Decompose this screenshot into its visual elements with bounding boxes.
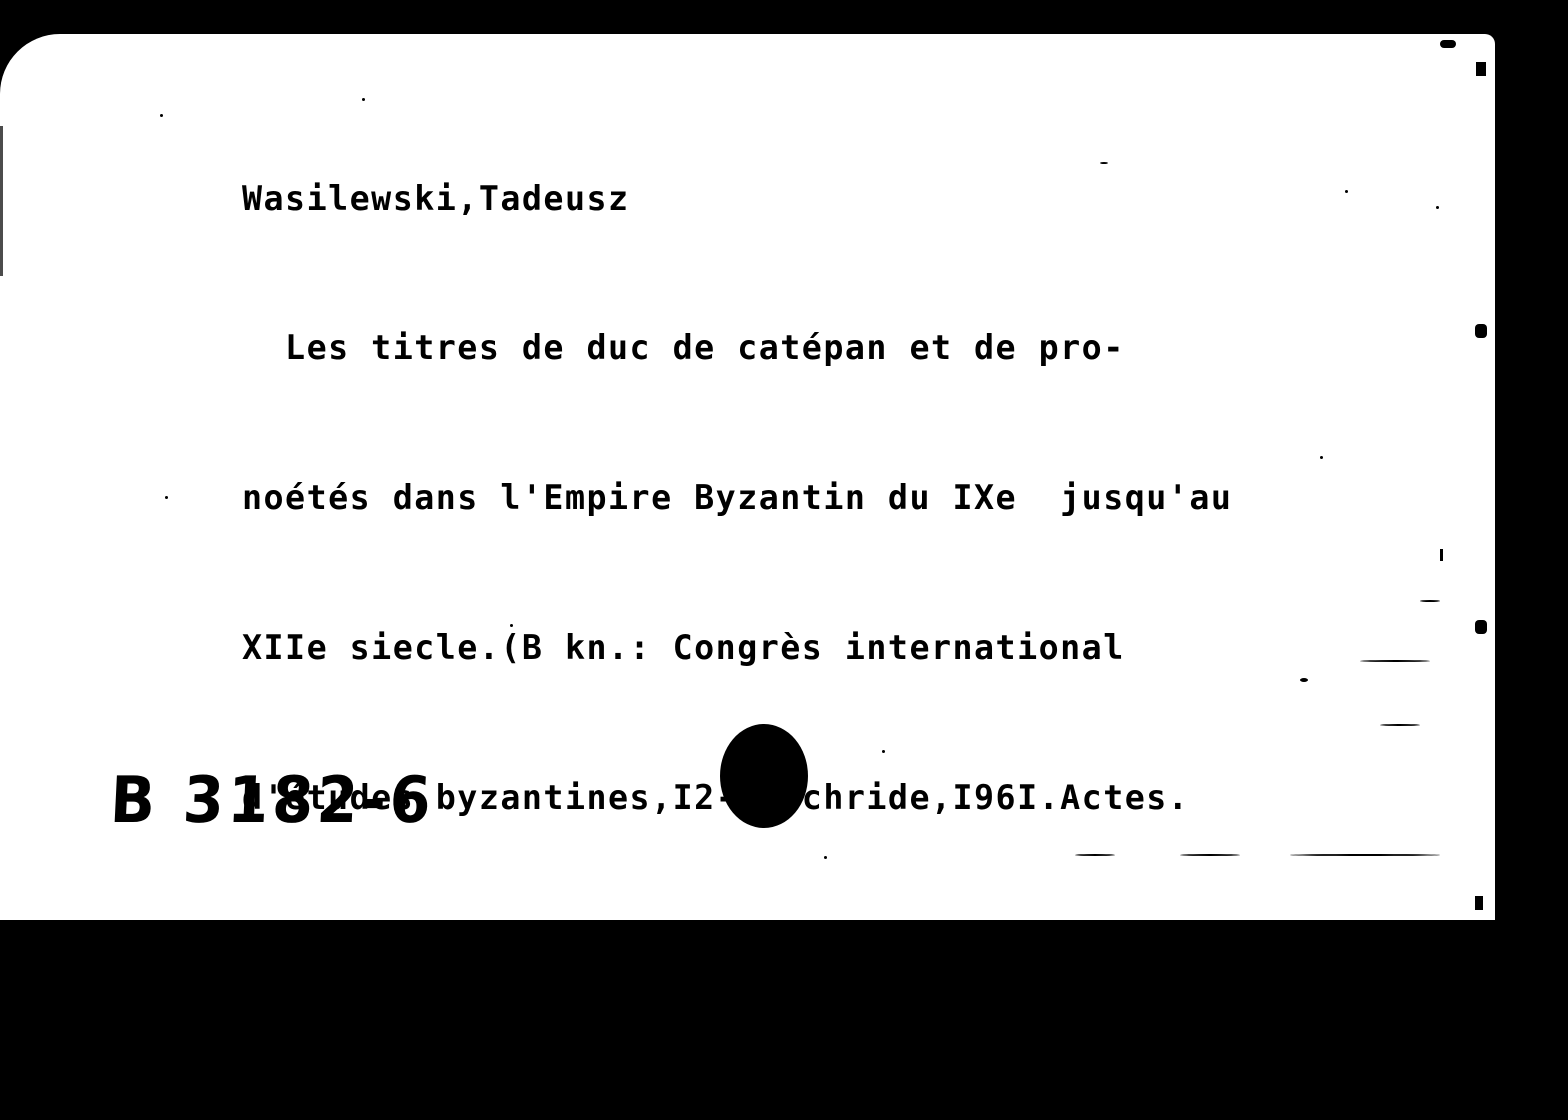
punch-hole-icon (720, 724, 808, 828)
scan-speck (1100, 162, 1108, 164)
scan-speck (1380, 724, 1420, 726)
edge-mark (1475, 324, 1487, 338)
scan-speck (165, 496, 168, 499)
scan-speck (1320, 456, 1323, 459)
scan-speck (824, 856, 827, 859)
scan-speck (882, 750, 885, 753)
card-author: Wasilewski,Tadeusz (242, 174, 630, 224)
entry-line: Les titres de duc de catépan et de pro- (242, 323, 1232, 373)
edge-mark (1475, 896, 1483, 910)
scan-speck (1436, 206, 1439, 209)
scan-speck (1360, 660, 1430, 662)
catalog-card: Wasilewski,Tadeusz Les titres de duc de … (0, 34, 1495, 920)
edge-mark (1475, 620, 1487, 634)
edge-mark (1476, 62, 1486, 76)
scan-speck (1290, 854, 1440, 856)
scan-speck (1420, 600, 1440, 602)
scan-speck (1075, 854, 1115, 856)
scan-speck (160, 114, 163, 117)
scan-speck (362, 98, 365, 101)
scan-speck (1180, 854, 1240, 856)
scan-speck (510, 624, 513, 627)
scan-speck (1345, 190, 1348, 193)
scan-speck (1300, 678, 1308, 682)
edge-mark (1440, 549, 1443, 561)
scan-background: Wasilewski,Tadeusz Les titres de duc de … (0, 0, 1568, 1120)
entry-line: noétés dans l'Empire Byzantin du IXe jus… (242, 473, 1232, 523)
edge-mark (1440, 40, 1456, 48)
edge-mark (0, 126, 3, 276)
entry-line: XIIe siecle.(B kn.: Congrès internationa… (242, 623, 1232, 673)
handwritten-call-number: B 3182-6 (108, 764, 436, 838)
